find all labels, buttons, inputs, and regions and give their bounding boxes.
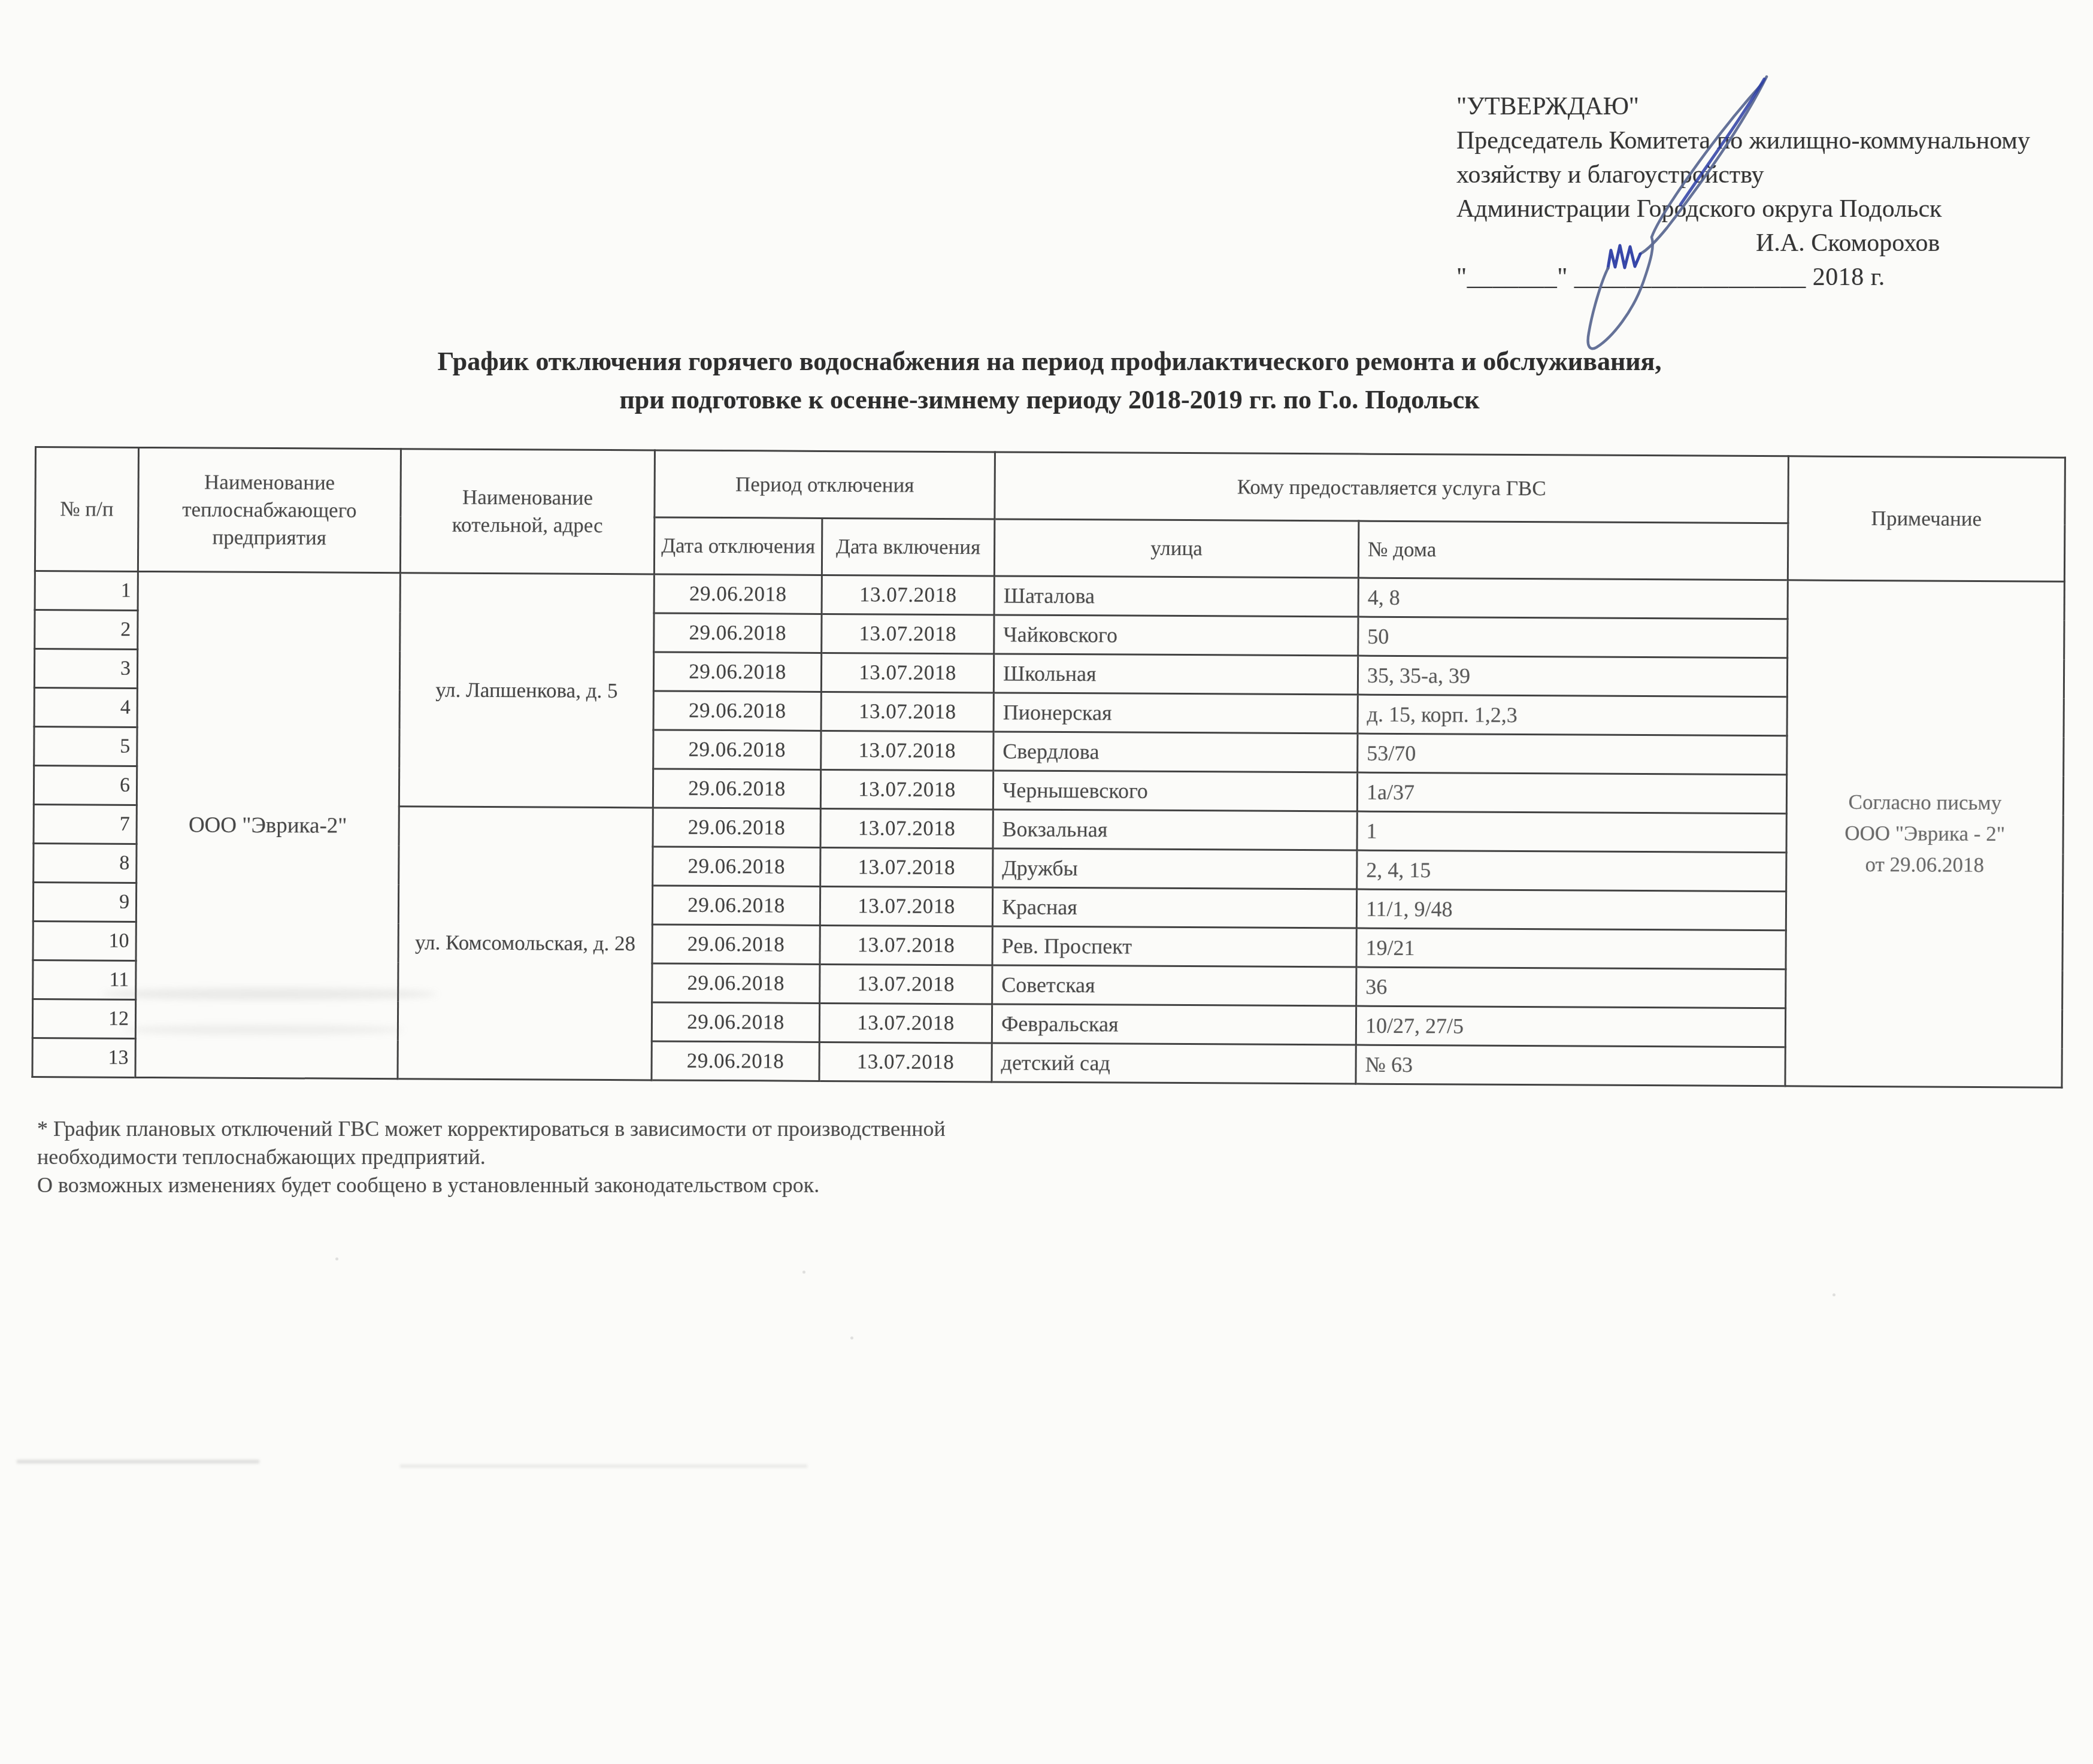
row-number: 1 [35, 571, 138, 611]
house-cell: 2, 4, 15 [1357, 850, 1786, 892]
row-number: 13 [32, 1038, 135, 1077]
house-cell: 19/21 [1356, 928, 1786, 969]
house-cell: 1а/37 [1357, 772, 1786, 814]
street-cell: Свердлова [994, 732, 1358, 772]
header-company: Наименование теплоснабжающего предприяти… [138, 447, 401, 572]
street-cell: Рев. Проспект [992, 926, 1356, 967]
scan-speck [1832, 1293, 1835, 1296]
row-number: 3 [34, 649, 137, 689]
date-off-cell: 29.06.2018 [653, 652, 821, 692]
house-cell: 50 [1358, 617, 1788, 658]
scan-streak [400, 1465, 807, 1468]
date-off-cell: 29.06.2018 [653, 847, 820, 886]
date-on-cell: 13.07.2018 [821, 692, 994, 732]
note-line: Согласно письму [1788, 786, 2062, 819]
document-title: График отключения горячего водоснабжения… [35, 343, 2064, 419]
row-number: 7 [34, 804, 137, 844]
street-cell: Советская [992, 965, 1356, 1006]
date-on-cell: 13.07.2018 [820, 925, 992, 965]
row-number: 10 [33, 921, 136, 960]
house-cell: № 63 [1356, 1045, 1785, 1086]
date-on-cell: 13.07.2018 [819, 1042, 992, 1082]
header-boiler: Наименование котельной, адрес [400, 449, 655, 574]
approval-line: "УТВЕРЖДАЮ" [1456, 90, 2085, 124]
date-off-cell: 29.06.2018 [652, 1002, 819, 1042]
row-number: 6 [34, 766, 137, 805]
date-on-cell: 13.07.2018 [820, 886, 992, 926]
date-off-cell: 29.06.2018 [653, 730, 821, 769]
row-number: 8 [34, 843, 137, 883]
house-cell: 4, 8 [1358, 578, 1788, 619]
row-number: 12 [32, 999, 135, 1038]
company-cell: ООО "Эврика-2" [135, 571, 400, 1078]
header-row-number: № п/п [35, 447, 138, 572]
row-number: 11 [33, 960, 136, 999]
date-off-cell: 29.06.2018 [654, 613, 822, 653]
schedule-table: № п/п Наименование теплоснабжающего пред… [31, 446, 2065, 1089]
approval-block: "УТВЕРЖДАЮ" Председатель Комитета по жил… [1456, 90, 2085, 295]
footnote-line: необходимости теплоснабжающих предприяти… [37, 1143, 1115, 1171]
house-cell: 36 [1356, 967, 1786, 1008]
street-cell: Пионерская [994, 693, 1358, 734]
date-off-cell: 29.06.2018 [654, 574, 822, 614]
date-on-cell: 13.07.2018 [822, 614, 994, 654]
date-off-cell: 29.06.2018 [652, 963, 820, 1003]
header-date-off: Дата отключения [654, 517, 822, 575]
footnote-line: * График плановых отключений ГВС может к… [37, 1115, 1115, 1143]
header-house: № дома [1358, 521, 1788, 580]
row-number: 5 [34, 727, 137, 766]
date-on-cell: 13.07.2018 [821, 653, 994, 693]
scan-speck [850, 1336, 853, 1339]
date-on-cell: 13.07.2018 [820, 964, 992, 1004]
header-period: Период отключения [655, 450, 995, 519]
house-cell: д. 15, корп. 1,2,3 [1358, 695, 1787, 736]
scan-speck [335, 1257, 338, 1260]
boiler-cell: ул. Лапшенкова, д. 5 [399, 573, 654, 808]
note-line: ООО "Эврика - 2" [1788, 817, 2062, 850]
street-cell: Вокзальная [993, 810, 1357, 850]
header-date-on: Дата включения [822, 518, 994, 576]
title-line-1: График отключения горячего водоснабжения… [35, 343, 2064, 381]
date-on-cell: 13.07.2018 [820, 847, 993, 887]
footnote-line: О возможных изменениях будет сообщено в … [37, 1171, 1115, 1199]
row-number: 2 [35, 610, 138, 650]
scan-speck [802, 1271, 805, 1274]
date-off-cell: 29.06.2018 [652, 1041, 819, 1081]
house-cell: 53/70 [1358, 734, 1787, 775]
street-cell: Дружбы [993, 848, 1357, 889]
date-on-cell: 13.07.2018 [822, 575, 994, 615]
header-street: улица [994, 519, 1358, 578]
date-on-cell: 13.07.2018 [820, 808, 993, 848]
approval-line: Администрации Городского округа Подольск [1456, 192, 2085, 226]
title-line-2: при подготовке к осенне-зимнему периоду … [35, 381, 2064, 419]
street-cell: Школьная [994, 654, 1358, 695]
street-cell: Чайковского [994, 615, 1358, 656]
date-off-cell: 29.06.2018 [653, 691, 821, 731]
street-cell: Красная [992, 887, 1356, 928]
street-cell: Шаталова [994, 576, 1358, 617]
date-off-cell: 29.06.2018 [652, 886, 820, 925]
street-cell: Чернышевского [993, 771, 1357, 811]
approval-line: хозяйству и благоустройству [1456, 158, 2085, 192]
row-number: 9 [33, 882, 136, 922]
date-off-cell: 29.06.2018 [653, 769, 820, 808]
header-service: Кому предоставляется услуга ГВС [995, 452, 1789, 523]
approver-name: И.А. Скоморохов [1456, 226, 2085, 260]
approval-line: Председатель Комитета по жилищно-коммуна… [1456, 124, 2085, 158]
footnote: * График плановых отключений ГВС может к… [37, 1115, 1115, 1199]
scanned-document-page: "УТВЕРЖДАЮ" Председатель Комитета по жил… [0, 0, 2093, 1764]
house-cell: 11/1, 9/48 [1356, 889, 1786, 931]
date-on-cell: 13.07.2018 [819, 1003, 992, 1043]
street-cell: Февральская [992, 1004, 1356, 1045]
boiler-cell: ул. Комсомольская, д. 28 [398, 807, 653, 1080]
street-cell: детский сад [992, 1043, 1356, 1084]
house-cell: 10/27, 27/5 [1356, 1006, 1785, 1047]
date-on-cell: 13.07.2018 [821, 731, 994, 771]
row-number: 4 [34, 688, 137, 728]
note-line: от 29.06.2018 [1788, 848, 2061, 881]
scan-streak [17, 1460, 259, 1463]
house-cell: 35, 35-а, 39 [1358, 656, 1787, 697]
signature-date-line: "_______" __________________ 2018 г. [1456, 260, 2085, 295]
date-off-cell: 29.06.2018 [652, 925, 820, 964]
date-off-cell: 29.06.2018 [653, 808, 820, 847]
house-cell: 1 [1357, 811, 1786, 853]
note-cell: Согласно письму ООО "Эврика - 2" от 29.0… [1785, 580, 2064, 1087]
header-note: Примечание [1788, 456, 2065, 581]
date-on-cell: 13.07.2018 [820, 769, 993, 810]
